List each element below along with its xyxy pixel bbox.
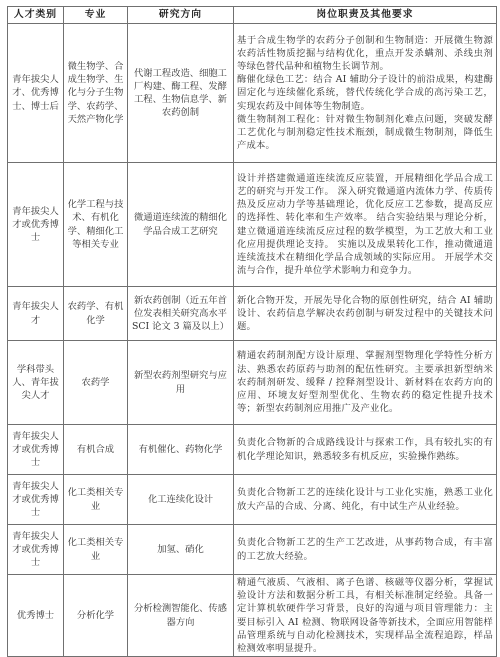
cell-category: 学科带头人、青年拔尖人才	[8, 341, 64, 425]
cell-direction: 新型农药剂型研究与应用	[128, 341, 234, 425]
table-header-row: 人才类别 专业 研究方向 岗位职责及其他要求	[8, 7, 497, 24]
cell-category: 青年拔尖人才或优秀博士	[8, 525, 64, 575]
cell-direction: 加氢、硝化	[128, 525, 234, 575]
cell-duties: 精通气液质、气液相、离子色谱、核磁等仪器分析，掌握试验设计方法和数据分析工具，有…	[234, 575, 497, 646]
cell-direction: 微通道连续流的精细化学品合成工艺研究	[128, 163, 234, 287]
header-category: 人才类别	[8, 7, 64, 24]
cell-direction: 新农药创制（近五年首位发表相关研究高水平 SCI 论文 3 篇及以上）	[128, 287, 234, 341]
cell-major: 有机合成	[64, 425, 128, 475]
table-row: 优秀博士 分析化学 分析检测智能化、传感器方向 精通气液质、气液相、离子色谱、核…	[8, 575, 497, 646]
cell-major: 化学工程与技术、有机化学、精细化工等相关专业	[64, 163, 128, 287]
table-row: 青年拔尖人才或优秀博士 化工类相关专业 加氢、硝化 负责化合物新工艺的生产工艺改…	[8, 525, 497, 575]
cell-direction: 代谢工程改造、细胞工厂构建、酶工程、发酵工程、生物信息学、新农药创制	[128, 24, 234, 163]
cell-direction: 分析检测智能化、传感器方向	[128, 575, 234, 646]
cell-category: 优秀博士	[8, 575, 64, 646]
table-row: 青年拔尖人才或优秀博士 化学工程与技术、有机化学、精细化工等相关专业 微通道连续…	[8, 163, 497, 287]
cell-major: 化工类相关专业	[64, 525, 128, 575]
header-major: 专业	[64, 7, 128, 24]
cell-duties: 新化合物开发，开展先导化合物的原创性研究，结合 AI 辅助设计、农药信息学解决农…	[234, 287, 497, 341]
header-duties: 岗位职责及其他要求	[234, 7, 497, 24]
cell-duties: 设计并搭建微通道连续流反应装置，开展精细化学品合成工艺的研究与开发工作。 深入研…	[234, 163, 497, 287]
cell-duties: 基于合成生物学的农药分子创制和生物制造：开展微生物源农药活性物质挖掘与结构优化，…	[234, 24, 497, 163]
cell-duties: 负责化合物新工艺的连续化设计与工业化实施，熟悉工业化放大产品的合成、分离、纯化，…	[234, 475, 497, 525]
table-row: 学科带头人、青年拔尖人才 农药学 新型农药剂型研究与应用 精通农药制剂配方设计原…	[8, 341, 497, 425]
recruitment-table: 人才类别 专业 研究方向 岗位职责及其他要求 青年拔尖人才、优秀博士、博士后 微…	[7, 6, 497, 645]
cell-major: 农药学、有机化学	[64, 287, 128, 341]
table-row: 青年拔尖人才或优秀博士 有机合成 有机催化、药物化学 负责化合物新的合成路线设计…	[8, 425, 497, 475]
header-direction: 研究方向	[128, 7, 234, 24]
table-row: 青年拔尖人才 农药学、有机化学 新农药创制（近五年首位发表相关研究高水平 SCI…	[8, 287, 497, 341]
cell-category: 青年拔尖人才或优秀博士	[8, 425, 64, 475]
cell-category: 青年拔尖人才或优秀博士	[8, 163, 64, 287]
cell-category: 青年拔尖人才、优秀博士、博士后	[8, 24, 64, 163]
cell-major: 化工类相关专业	[64, 475, 128, 525]
cell-category: 青年拔尖人才或优秀博士	[8, 475, 64, 525]
table-row: 青年拔尖人才或优秀博士 化工类相关专业 化工连续化设计 负责化合物新工艺的连续化…	[8, 475, 497, 525]
cell-duties: 精通农药制剂配方设计原理、掌握剂型物理化学特性分析方法、熟悉农药原药与助剂的配伍…	[234, 341, 497, 425]
cell-category: 青年拔尖人才	[8, 287, 64, 341]
cell-major: 农药学	[64, 341, 128, 425]
cell-major: 分析化学	[64, 575, 128, 646]
cell-direction: 化工连续化设计	[128, 475, 234, 525]
cell-major: 微生物学、合成生物学、生化与分子生物学、农药学、天然产物化学	[64, 24, 128, 163]
cell-direction: 有机催化、药物化学	[128, 425, 234, 475]
table-row: 青年拔尖人才、优秀博士、博士后 微生物学、合成生物学、生化与分子生物学、农药学、…	[8, 24, 497, 163]
cell-duties: 负责化合物新工艺的生产工艺改进，从事药物合成，有丰富的工艺放大经验。	[234, 525, 497, 575]
cell-duties: 负责化合物新的合成路线设计与探索工作，具有较扎实的有机化学理论知识，熟悉较多有机…	[234, 425, 497, 475]
